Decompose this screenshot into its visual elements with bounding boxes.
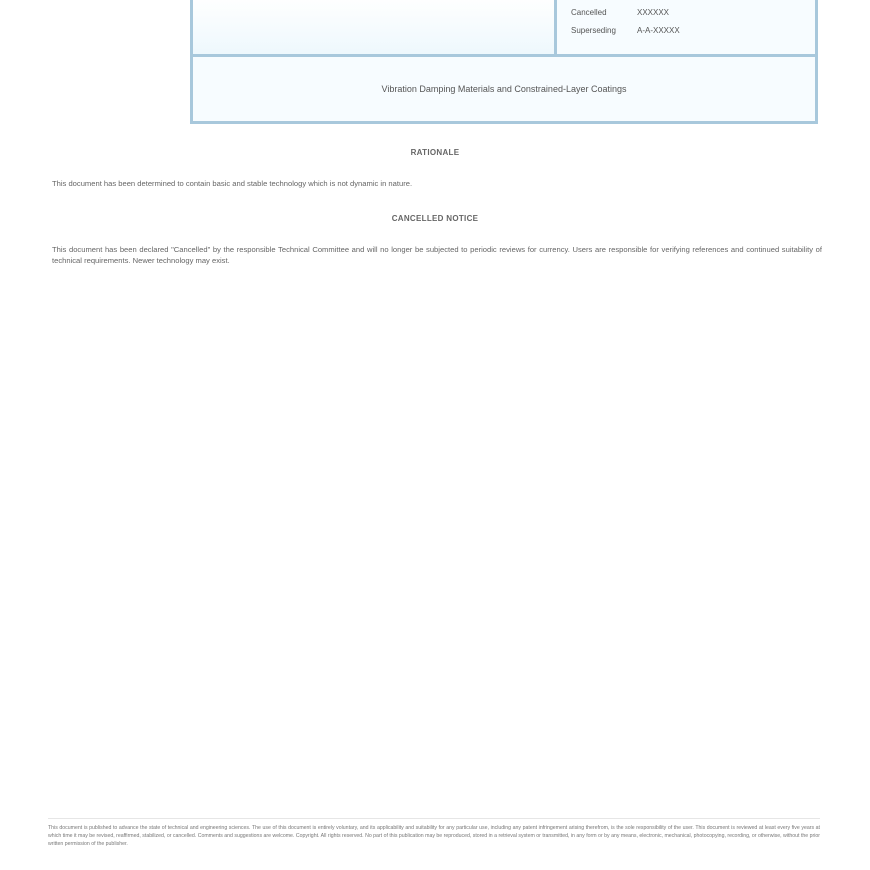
status-value: XXXXXX (637, 8, 669, 17)
document-title: Vibration Damping Materials and Constrai… (193, 57, 815, 121)
status-value: A-A-XXXXX (637, 26, 680, 35)
header-left-cell (193, 0, 557, 57)
status-row-cancelled: Cancelled XXXXXX (571, 3, 805, 21)
section-heading-notice: CANCELLED NOTICE (0, 214, 870, 223)
section-body-notice: This document has been declared "Cancell… (52, 244, 822, 266)
document-header-box: Cancelled XXXXXX Superseding A-A-XXXXX V… (190, 0, 818, 124)
status-row-superseding: Superseding A-A-XXXXX (571, 21, 805, 39)
status-label: Superseding (571, 26, 637, 35)
section-body-rationale: This document has been determined to con… (52, 178, 822, 189)
footer-legal-text: This document is published to advance th… (48, 824, 820, 848)
section-heading-rationale: RATIONALE (0, 148, 870, 157)
status-label: Cancelled (571, 8, 637, 17)
footer-divider (48, 818, 820, 819)
header-status-cell: Cancelled XXXXXX Superseding A-A-XXXXX (557, 0, 815, 57)
